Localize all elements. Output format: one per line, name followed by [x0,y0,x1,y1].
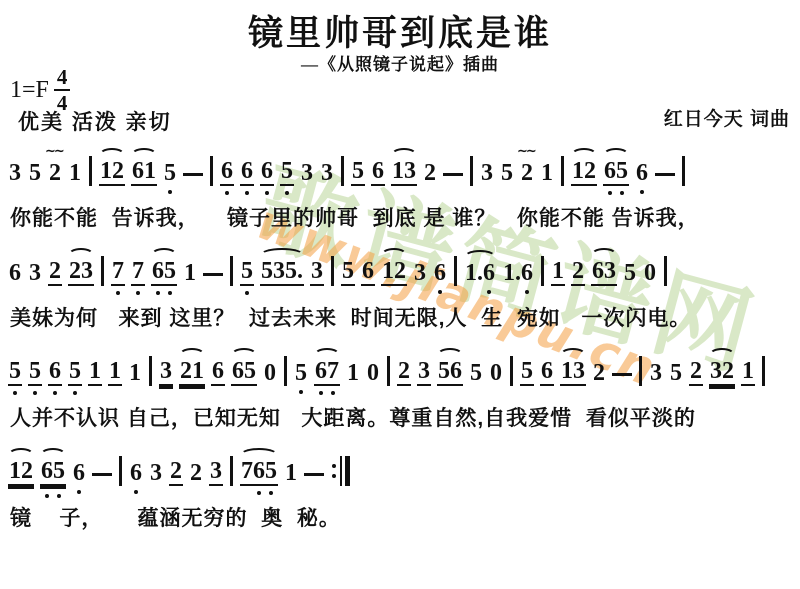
octave-dot [57,494,61,498]
note-digit: 5 [53,459,65,483]
octave-dot [608,191,612,195]
note-digit: 6 [130,461,142,485]
note-digit: 1 [742,359,754,383]
note-digit: 2 [424,161,436,185]
note-digit: 1 [184,261,196,285]
note-group: 1 [68,161,82,186]
note-digit: 2 [394,259,406,283]
octave-dot [116,291,120,295]
note-group: 5 [294,361,308,386]
octave-dot [33,391,37,395]
mordent-icon: ∼∼ [45,145,63,158]
note-digit: 1 [144,159,156,183]
slur-arc [560,348,586,362]
note-group: 1 [108,359,122,386]
note-digit: 3 [150,461,162,485]
note-group: 6 [8,261,22,286]
note-group: 3 [300,161,314,186]
octave-dot [168,190,172,194]
note-group: 6 [48,359,62,386]
note-digit: 1 [109,359,121,383]
barline [149,356,152,386]
note-group: 2 [571,259,585,286]
note-group: 0 [366,361,380,386]
note-group: 67 [314,359,340,386]
note-digit: 6 [362,259,374,283]
note-digit: 6 [221,159,233,183]
note-group: 65 [151,259,177,286]
note-digit: 6 [636,161,648,185]
note-group: 6 [72,461,86,486]
slur-arc [381,248,407,262]
note-digit: 6 [541,359,553,383]
octave-dot [487,290,491,294]
note-group: 0 [263,361,277,386]
note-group: 5 [280,159,294,186]
note-digit: 5 [164,161,176,185]
note-group: 3 [649,361,663,386]
note-digit: 1 [89,359,101,383]
octave-dot [73,391,77,395]
note-digit: 5 [9,359,21,383]
note-group: 3 [8,161,22,186]
octave-dot [319,391,323,395]
note-group: 6 [371,159,385,186]
note-digit: 3 [29,261,41,285]
barline [561,156,564,186]
slur-arc [591,248,617,262]
note-group: 6 [433,261,447,286]
note-group: 2 [189,461,203,486]
slur-arc [99,148,125,162]
lyrics-row: 镜 子， 蕴涵无穷的 奥 秘。 [10,502,341,532]
note-group: 63 [591,259,617,286]
note-group: 13 [391,159,417,186]
note-digit: 5 [624,261,636,285]
octave-dot [438,290,442,294]
octave-dot [53,391,57,395]
note-digit: 1 [503,261,515,285]
slur-arc [391,148,417,162]
tempo-mood-marking: 优美 活泼 亲切 [18,106,172,136]
note-digit: 2 [521,161,533,185]
note-digit: 2 [722,359,734,383]
note-digit: 7 [327,359,339,383]
note-group: 3 [413,261,427,286]
score-line: 12656632237651镜 子， 蕴涵无穷的 奥 秘。 [8,442,798,542]
song-title: 镜里帅哥到底是谁 [0,6,800,56]
note-group: 3 [480,161,494,186]
note-digit: 3 [404,159,416,183]
note-digit: 5 [261,259,273,283]
note-group: 1 [551,259,565,286]
note-group: 5 [520,359,534,386]
end-repeat-barline [332,456,350,486]
octave-dot [13,391,17,395]
note-digit: 5 [438,359,450,383]
thin-barline [340,456,342,486]
octave-dot [134,490,138,494]
note-digit: 2 [112,159,124,183]
lyrics-row: 你能不能 告诉我， 镜子里的帅哥 到底 是 谁？ 你能不能 告诉我， [10,202,700,232]
note-group: 5 [469,361,483,386]
note-group: 2∼∼ [520,161,534,186]
note-group: 12 [99,159,125,186]
note-group: 6 [129,461,143,486]
note-group: 2 [397,359,411,386]
barline [541,256,544,286]
note-digit: 2 [584,159,596,183]
note-group: 1 [346,361,360,386]
note-group: 2 [423,161,437,186]
note-group: 3 [320,161,334,186]
note-digit: 2 [69,259,81,283]
note-digit: 6 [9,261,21,285]
note-digit: 5 [285,259,297,283]
note-digit: 3 [418,359,430,383]
note-digit: 6 [152,259,164,283]
note-digit: 1 [192,359,204,383]
duration-dash [443,173,463,176]
note-digit: 3 [604,259,616,283]
note-digit: 6 [241,159,253,183]
note-digit: 1 [100,159,112,183]
note-group: 7 [111,259,125,286]
note-group: 5 [351,159,365,186]
octave-dot [257,491,261,495]
note-digit: 5 [29,161,41,185]
barline [454,256,457,286]
note-group: 2 [169,459,183,486]
note-group: 3 [417,359,431,386]
note-digit: 2 [180,359,192,383]
note-group: 3 [310,259,324,286]
note-digit: 3 [301,161,313,185]
note-digit: . [297,259,303,283]
note-digit: 7 [112,259,124,283]
note-group: 13 [560,359,586,386]
note-group: 6 [540,359,554,386]
octave-dot [640,190,644,194]
notation-row: 352∼∼11261566653356132352∼∼112656 [8,156,692,186]
note-digit: 2 [21,459,33,483]
slur-arc [151,248,177,262]
score-line: 556511132166505671023565056132352321人并不认… [8,342,798,442]
note-digit: 6 [253,459,265,483]
note-group: 6 [260,159,274,186]
note-digit: 3 [273,259,285,283]
note-group: 5 [623,261,637,286]
barline [639,356,642,386]
note-digit: 3 [710,359,722,383]
note-group: 65 [603,159,629,186]
note-digit: 5 [265,459,277,483]
note-digit: 6 [132,159,144,183]
note-digit: 6 [521,261,533,285]
barline [510,356,513,386]
note-digit: 2 [593,361,605,385]
lyrics-row: 美妹为何 来到 这里？ 过去未来 时间无限,人 生 宛如 一次闪电。 [10,302,691,332]
score-body: 352∼∼11261566653356132352∼∼112656你能不能 告诉… [8,142,798,542]
note-digit: 6 [212,359,224,383]
song-subtitle: —《从照镜子说起》插曲 [0,50,800,75]
note-digit: 2 [49,259,61,283]
note-digit: 1 [9,459,21,483]
note-digit: 1 [552,259,564,283]
note-digit: 3 [414,261,426,285]
note-group: 6 [211,359,225,386]
note-group: 3 [149,461,163,486]
note-digit: 6 [604,159,616,183]
note-group: 5 [341,259,355,286]
note-digit: 5 [281,159,293,183]
note-digit: 6 [73,461,85,485]
note-group: 21 [179,359,205,386]
barline [470,156,473,186]
note-digit: 5 [244,359,256,383]
octave-dot [285,191,289,195]
barline [387,356,390,386]
note-group: 5 [68,359,82,386]
barline [230,456,233,486]
repeat-dots [332,464,336,478]
note-digit: 3 [311,259,323,283]
note-group: 3 [209,459,223,486]
note-group: 56 [437,359,463,386]
note-digit: 1 [561,359,573,383]
note-group: 0 [643,261,657,286]
note-digit: 2 [572,259,584,283]
note-digit: 3 [81,259,93,283]
note-group: 6 [220,159,234,186]
octave-dot [156,291,160,295]
octave-dot [245,191,249,195]
octave-dot [620,191,624,195]
time-numerator: 4 [54,66,71,91]
note-digit: 1 [285,461,297,485]
note-digit: 2 [398,359,410,383]
note-digit: 2 [690,359,702,383]
note-digit: 1 [392,159,404,183]
note-digit: 3 [650,361,662,385]
note-digit: 5 [352,159,364,183]
slur-arc [179,348,205,362]
slur-arc [464,250,496,264]
note-digit: 6 [372,159,384,183]
note-group: 1 [540,161,554,186]
note-group: 5 [28,161,42,186]
note-group: 2 [592,361,606,386]
duration-dash [304,473,324,476]
note-digit: 6 [315,359,327,383]
barline [210,156,213,186]
slur-arc [603,148,629,162]
note-digit: 2 [49,161,61,185]
slur-arc [571,148,597,162]
notation-row: 63223776515535.35612361.61.6126350 [8,256,674,286]
note-group: 6 [361,259,375,286]
barline [284,356,287,386]
note-digit: 0 [644,261,656,285]
note-digit: 5 [164,259,176,283]
duration-dash [203,273,223,276]
note-digit: 5 [241,259,253,283]
note-group: 61 [131,159,157,186]
slur-arc [231,348,257,362]
score-line: 352∼∼11261566653356132352∼∼112656你能不能 告诉… [8,142,798,242]
note-digit: 1 [465,261,477,285]
octave-dot [331,391,335,395]
note-digit: 7 [132,259,144,283]
note-group: 535. [260,259,304,286]
note-digit: 5 [670,361,682,385]
note-group: 2 [48,259,62,286]
repeat-dot [332,474,336,478]
note-digit: 3 [321,161,333,185]
note-group: 6 [635,161,649,186]
sheet-music-page: 歌谱简谱网 www.jianpu.cn 镜里帅哥到底是谁 —《从照镜子说起》插曲… [0,0,800,589]
note-digit: 2 [190,461,202,485]
duration-dash [92,473,112,476]
note-group: 3 [28,261,42,286]
note-digit: 5 [342,259,354,283]
note-digit: 5 [69,359,81,383]
notation-row: 556511132166505671023565056132352321 [8,356,772,386]
note-group: 5 [8,359,22,386]
note-group: 23 [68,259,94,286]
note-digit: 5 [470,361,482,385]
note-digit: 1 [69,161,81,185]
octave-dot [265,191,269,195]
duration-dash [612,373,632,376]
notation-row: 12656632237651 [8,456,350,486]
lyrics-row: 人并不认识 自己，已知无知 大距离。尊重自然,自我爱惜 看似平淡的 [10,402,696,432]
note-group: 2 [689,359,703,386]
note-digit: 6 [261,159,273,183]
note-group: 65 [40,459,66,486]
note-group: 5 [500,161,514,186]
note-digit: 3 [160,359,172,383]
slur-arc [240,448,278,462]
barline [89,156,92,186]
note-digit: 5 [616,159,628,183]
note-group: 1.6 [502,261,534,286]
key-prefix: 1=F [10,77,49,104]
note-digit: 6 [592,259,604,283]
note-group: 5 [669,361,683,386]
slur-arc [8,448,34,462]
note-group: 32 [709,359,735,386]
thick-barline [345,456,350,486]
note-group: 65 [231,359,257,386]
note-digit: 5 [29,359,41,383]
note-digit: 7 [241,459,253,483]
note-group: 765 [240,459,278,486]
note-group: 2∼∼ [48,161,62,186]
note-group: 5 [163,161,177,186]
mordent-icon: ∼∼ [517,145,535,158]
note-digit: 5 [521,359,533,383]
note-group: 1 [183,261,197,286]
note-group: 7 [131,259,145,286]
octave-dot [299,390,303,394]
note-digit: 1 [129,361,141,385]
note-digit: 1 [347,361,359,385]
note-digit: 0 [490,361,502,385]
note-group: 3 [159,359,173,386]
note-group: 5 [28,359,42,386]
note-digit: 1 [382,259,394,283]
duration-dash [655,173,675,176]
slur-arc [260,248,304,262]
note-group: 0 [489,361,503,386]
repeat-dot [332,464,336,468]
note-digit: 0 [367,361,379,385]
slur-arc [709,348,735,362]
barline [331,256,334,286]
octave-dot [168,291,172,295]
barline [762,356,765,386]
note-digit: 1 [541,161,553,185]
note-group: 5 [240,259,254,286]
note-digit: 3 [481,161,493,185]
octave-dot [525,290,529,294]
barline [230,256,233,286]
note-digit: 3 [9,161,21,185]
octave-dot [225,191,229,195]
octave-dot [77,490,81,494]
octave-dot [45,494,49,498]
note-group: 12 [381,259,407,286]
note-group: 12 [8,459,34,486]
note-digit: 1 [572,159,584,183]
octave-dot [245,291,249,295]
note-digit: 0 [264,361,276,385]
barline [682,156,685,186]
octave-dot [136,291,140,295]
note-digit: 6 [483,261,495,285]
slur-arc [68,248,94,262]
composer-credit: 红日今天 词曲 [664,104,790,131]
note-digit: 6 [49,359,61,383]
note-group: 1 [88,359,102,386]
note-group: 1.6 [464,261,496,286]
barline [341,156,344,186]
score-line: 63223776515535.35612361.61.6126350美妹为何 来… [8,242,798,342]
note-group: 12 [571,159,597,186]
note-digit: 2 [170,459,182,483]
note-digit: 3 [573,359,585,383]
duration-dash [183,173,203,176]
barline [101,256,104,286]
note-digit: 6 [232,359,244,383]
note-digit: 5 [295,361,307,385]
slur-arc [131,148,157,162]
slur-arc [437,348,463,362]
note-digit: 6 [434,261,446,285]
octave-dot [269,491,273,495]
note-digit: 3 [210,459,222,483]
barline [664,256,667,286]
note-digit: 6 [41,459,53,483]
note-group: 1 [128,361,142,386]
slur-arc [314,348,340,362]
note-group: 6 [240,159,254,186]
note-digit: 6 [450,359,462,383]
note-digit: 5 [501,161,513,185]
slur-arc [40,448,66,462]
note-group: 1 [284,461,298,486]
